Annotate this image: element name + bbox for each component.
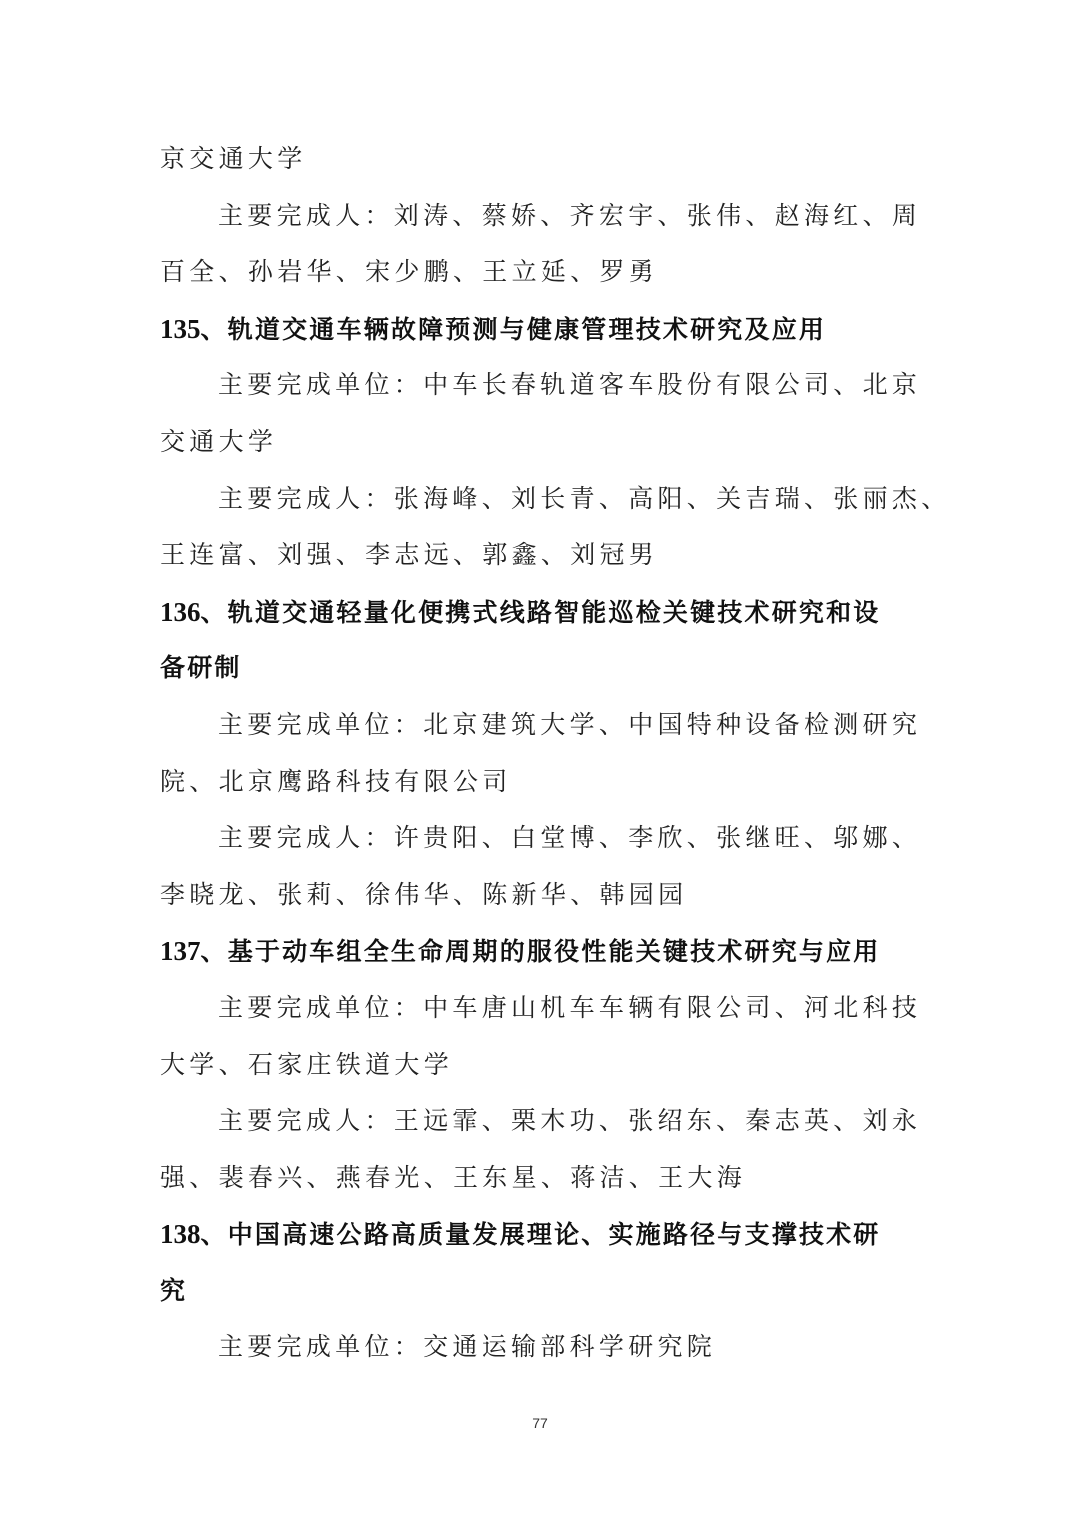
units-line: 主要完成单位：中车唐山机车车辆有限公司、河北科技	[160, 980, 922, 1037]
page-number: 77	[0, 1415, 1080, 1431]
item-137-heading: 137、基于动车组全生命周期的服役性能关键技术研究与应用	[160, 923, 922, 980]
contributors-line: 主要完成人：许贵阳、白堂博、李欣、张继旺、邬娜、	[160, 810, 922, 867]
item-number: 136	[160, 597, 201, 627]
units-line: 主要完成单位：北京建筑大学、中国特种设备检测研究	[160, 697, 922, 754]
units-line: 主要完成单位：中车长春轨道客车股份有限公司、北京	[160, 357, 922, 414]
text-line: 院、北京鹰路科技有限公司	[160, 754, 922, 811]
item-135-heading: 135、轨道交通车辆故障预测与健康管理技术研究及应用	[160, 301, 922, 358]
item-title: 、轨道交通车辆故障预测与健康管理技术研究及应用	[201, 315, 827, 344]
text-line: 百全、孙岩华、宋少鹏、王立延、罗勇	[160, 244, 922, 301]
text-line: 交通大学	[160, 414, 922, 471]
item-number: 137	[160, 936, 201, 966]
units-line: 主要完成单位：交通运输部科学研究院	[160, 1319, 922, 1376]
item-title: 、基于动车组全生命周期的服役性能关键技术研究与应用	[201, 937, 881, 966]
document-page: 京交通大学 主要完成人：刘涛、蔡娇、齐宏宇、张伟、赵海红、周 百全、孙岩华、宋少…	[0, 0, 1080, 1527]
item-138-heading: 138、中国高速公路高质量发展理论、实施路径与支撑技术研	[160, 1206, 922, 1263]
text-line: 李晓龙、张莉、徐伟华、陈新华、韩园园	[160, 867, 922, 924]
contributors-line: 主要完成人：王远霏、栗木功、张绍东、秦志英、刘永	[160, 1093, 922, 1150]
contributors-line: 主要完成人：张海峰、刘长青、高阳、关吉瑞、张丽杰、	[160, 471, 922, 528]
item-138-heading-continuation: 究	[160, 1263, 922, 1320]
text-line: 强、裴春兴、燕春光、王东星、蒋洁、王大海	[160, 1150, 922, 1207]
item-136-heading: 136、轨道交通轻量化便携式线路智能巡检关键技术研究和设	[160, 584, 922, 641]
text-line: 大学、石家庄铁道大学	[160, 1037, 922, 1094]
item-136-heading-continuation: 备研制	[160, 640, 922, 697]
item-number: 135	[160, 314, 201, 344]
text-line: 王连富、刘强、李志远、郭鑫、刘冠男	[160, 527, 922, 584]
contributors-line: 主要完成人：刘涛、蔡娇、齐宏宇、张伟、赵海红、周	[160, 188, 922, 245]
item-title: 、轨道交通轻量化便携式线路智能巡检关键技术研究和设	[201, 598, 881, 627]
text-line: 京交通大学	[160, 131, 922, 188]
item-title: 、中国高速公路高质量发展理论、实施路径与支撑技术研	[201, 1220, 881, 1249]
item-number: 138	[160, 1219, 201, 1249]
document-body: 京交通大学 主要完成人：刘涛、蔡娇、齐宏宇、张伟、赵海红、周 百全、孙岩华、宋少…	[160, 131, 922, 1376]
